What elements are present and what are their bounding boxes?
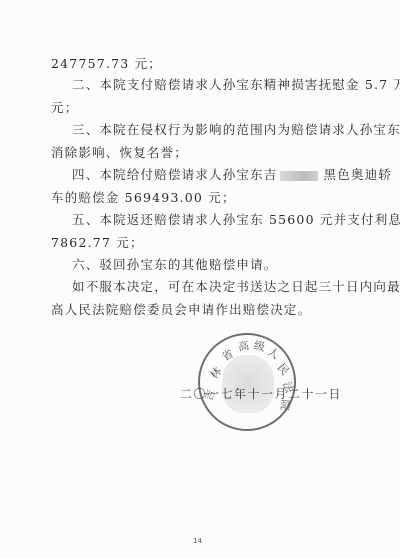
decision-date: 二〇一七年十一月二十一日: [180, 385, 342, 402]
seal-char: 级: [253, 337, 267, 355]
seal-char: 高: [237, 337, 251, 355]
text-line-6b: 黑色奥迪轿: [324, 167, 393, 182]
text-line-8: 五、本院返还赔偿请求人孙宝东 55600 元并支付利息: [72, 210, 400, 228]
court-seal: 吉 林 省 高 级 人 民 法 院: [198, 333, 296, 431]
text-line-11: 如不服本决定，可在本决定书送达之日起三十日内向最: [72, 277, 400, 295]
text-line-1: 247757.73 元；: [51, 54, 162, 72]
page-number: 14: [193, 537, 202, 545]
text-line-6: 四、本院给付赔偿请求人孙宝东吉黑色奥迪轿: [72, 165, 392, 183]
text-line-7: 车的赔偿金 569493.00 元；: [51, 188, 236, 206]
text-line-2: 二、本院支付赔偿请求人孙宝东精神损害抚慰金 5.7 万: [72, 75, 400, 93]
text-line-3: 元；: [51, 98, 78, 116]
text-line-4: 三、本院在侵权行为影响的范围内为赔偿请求人孙宝东: [72, 120, 400, 138]
text-line-5: 消除影响、恢复名誉；: [51, 143, 188, 161]
text-line-6a: 四、本院给付赔偿请求人孙宝东吉: [72, 167, 278, 182]
seal-char: 民: [274, 360, 293, 379]
text-line-9: 7862.77 元；: [51, 233, 144, 251]
document-page: 247757.73 元； 二、本院支付赔偿请求人孙宝东精神损害抚慰金 5.7 万…: [0, 0, 400, 558]
text-line-12: 高人民法院赔偿委员会申请作出赔偿决定。: [51, 300, 311, 318]
seal-char: 人: [265, 343, 283, 362]
national-emblem-icon: [222, 355, 274, 413]
text-line-10: 六、驳回孙宝东的其他赔偿申请。: [72, 255, 278, 273]
redacted-plate: [280, 171, 318, 181]
